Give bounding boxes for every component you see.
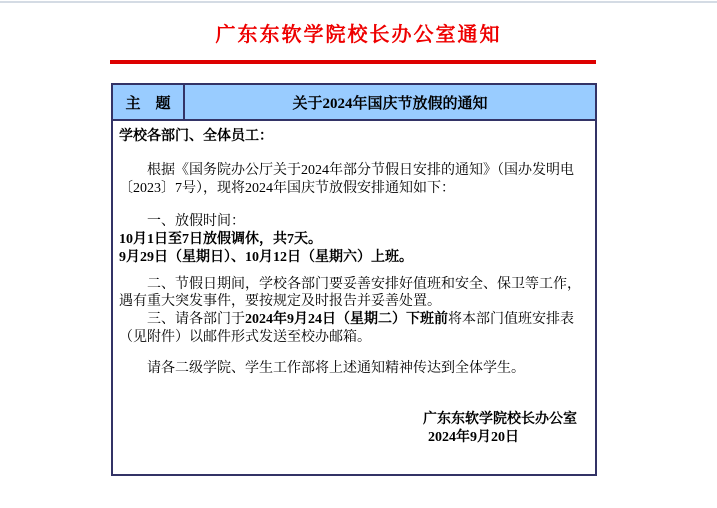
schedule-submit-paragraph: 三、请各部门于2024年9月24日（星期二）下班前将本部门值班安排表（见附件）以… [119, 311, 587, 347]
subject-value: 关于2024年国庆节放假的通知 [185, 85, 595, 119]
subject-header-row: 主 题 关于2024年国庆节放假的通知 [113, 85, 595, 121]
signature-name: 广东东软学院校长办公室 [119, 411, 577, 429]
title-divider-rule [110, 60, 596, 64]
salutation: 学校各部门、全体员工： [119, 128, 587, 146]
schedule-submit-prefix: 三、请各部门于 [147, 312, 245, 327]
schedule-deadline: 2024年9月24日（星期二）下班前 [245, 312, 448, 327]
page-title: 广东东软学院校长办公室通知 [0, 18, 717, 47]
duty-requirements-section: 二、节假日期间，学校各部门要妥善安排好值班和安全、保卫等工作，遇有重大突发事件，… [119, 276, 587, 347]
student-notify-paragraph: 请各二级学院、学生工作部将上述通知精神传达到全体学生。 [119, 360, 587, 378]
notice-page: 广东东软学院校长办公室通知 主 题 关于2024年国庆节放假的通知 学校各部门、… [0, 0, 717, 508]
window-top-edge [0, 1, 717, 3]
duty-paragraph: 二、节假日期间，学校各部门要妥善安排好值班和安全、保卫等工作，遇有重大突发事件，… [119, 276, 587, 312]
holiday-time-heading: 一、放假时间： [119, 213, 587, 231]
signature-block: 广东东软学院校长办公室 2024年9月20日 [119, 411, 587, 447]
notice-table: 主 题 关于2024年国庆节放假的通知 学校各部门、全体员工： 根据《国务院办公… [111, 83, 597, 476]
subject-label: 主 题 [113, 85, 185, 119]
notice-body: 学校各部门、全体员工： 根据《国务院办公厅关于2024年部分节假日安排的通知》（… [113, 121, 595, 474]
holiday-time-section: 一、放假时间： 10月1日至7日放假调休，共7天。 9月29日（星期日）、10月… [119, 213, 587, 266]
intro-paragraph: 根据《国务院办公厅关于2024年部分节假日安排的通知》（国办发明电〔2023〕7… [119, 162, 587, 198]
holiday-dates-line: 10月1日至7日放假调休，共7天。 [119, 231, 587, 249]
workdays-line: 9月29日（星期日）、10月12日（星期六）上班。 [119, 249, 587, 267]
signature-date: 2024年9月20日 [119, 429, 577, 447]
